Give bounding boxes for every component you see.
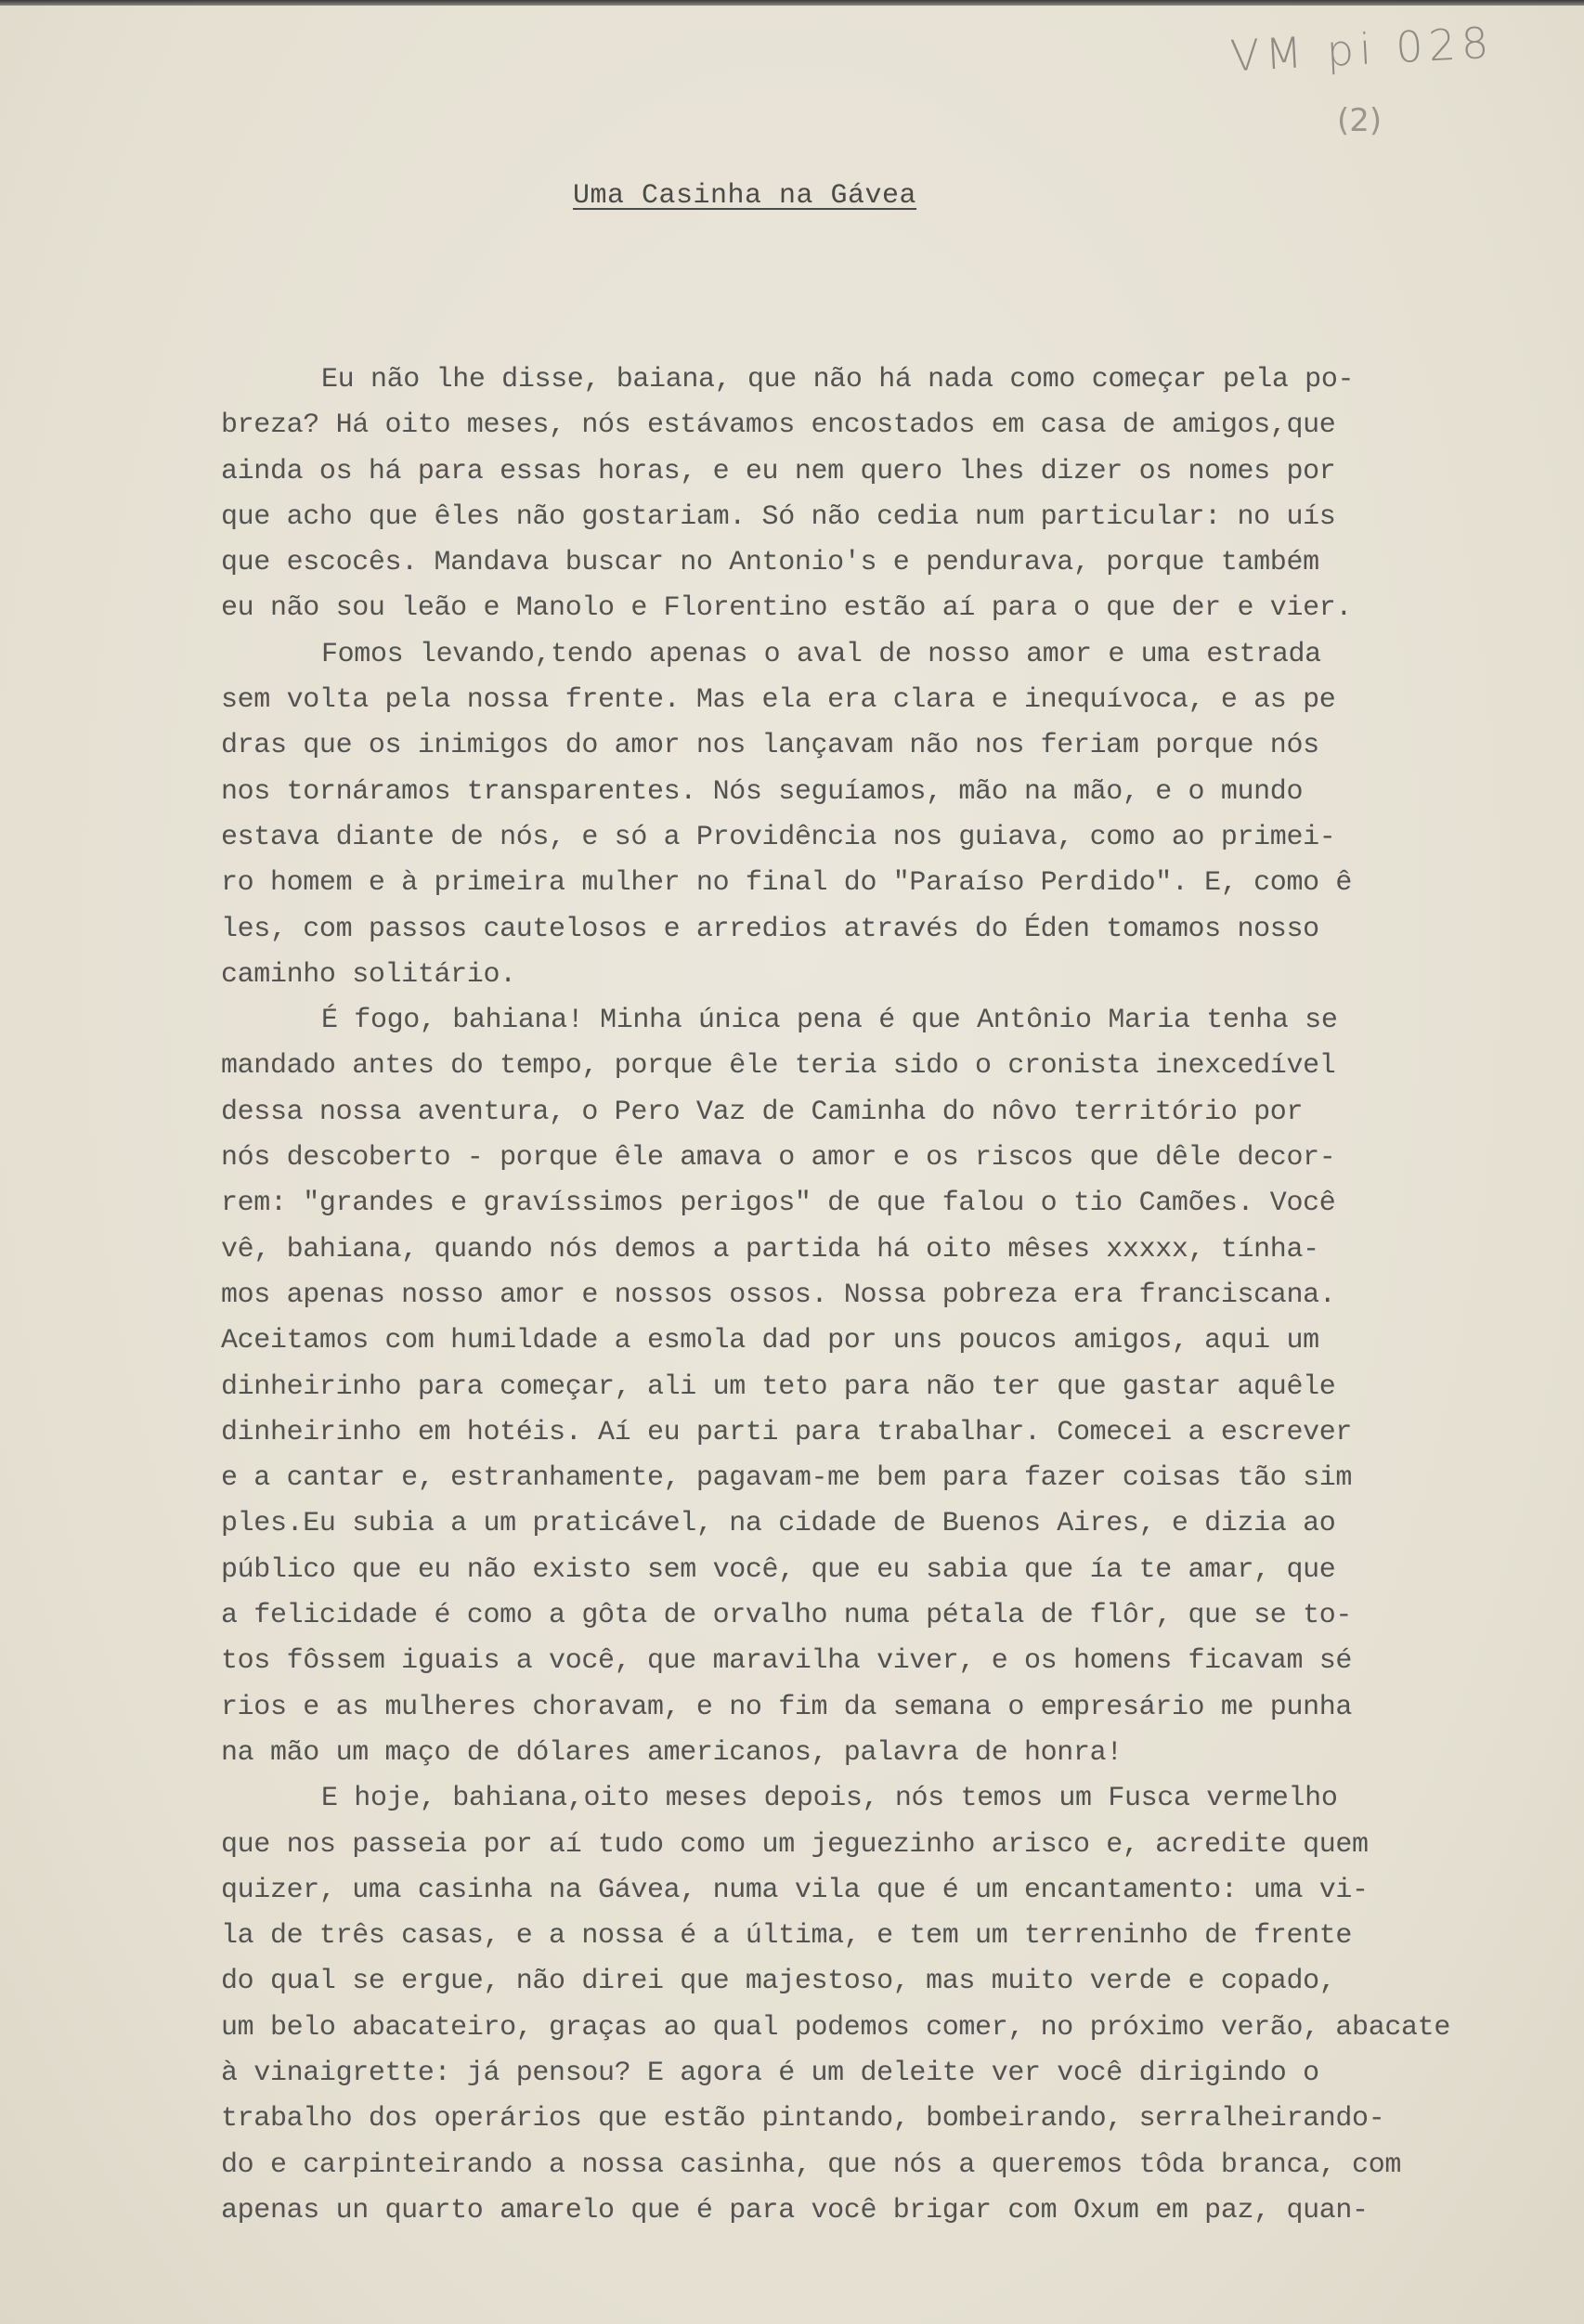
text-line: dessa nossa aventura, o Pero Vaz de Cami… bbox=[221, 1090, 1521, 1136]
text-line: E hoje, bahiana,oito meses depois, nós t… bbox=[221, 1776, 1521, 1822]
text-line: que acho que êles não gostariam. Só não … bbox=[221, 495, 1521, 540]
document-title: Uma Casinha na Gávea bbox=[573, 180, 916, 212]
text-line: Fomos levando,tendo apenas o aval de nos… bbox=[221, 632, 1521, 678]
text-line: les, com passos cautelosos e arredios at… bbox=[221, 907, 1521, 953]
text-line: ainda os há para essas horas, e eu nem q… bbox=[221, 449, 1521, 495]
text-line: sem volta pela nossa frente. Mas ela era… bbox=[221, 678, 1521, 723]
text-line: mos apenas nosso amor e nossos ossos. No… bbox=[221, 1273, 1521, 1318]
text-line: à vinaigrette: já pensou? E agora é um d… bbox=[221, 2051, 1521, 2097]
text-line: ro homem e à primeira mulher no final do… bbox=[221, 861, 1521, 906]
text-line: a felicidade é como a gôta de orvalho nu… bbox=[221, 1593, 1521, 1639]
text-line: rem: "grandes e gravíssimos perigos" de … bbox=[221, 1181, 1521, 1227]
archive-page-number: (2) bbox=[1337, 102, 1382, 139]
text-line: estava diante de nós, e só a Providência… bbox=[221, 815, 1521, 861]
text-line: um belo abacateiro, graças ao qual podem… bbox=[221, 2006, 1521, 2051]
typewritten-body: Eu não lhe disse, baiana, que não há nad… bbox=[221, 357, 1521, 2234]
text-line: que nos passeia por aí tudo como um jegu… bbox=[221, 1823, 1521, 1868]
text-line: do e carpinteirando a nossa casinha, que… bbox=[221, 2143, 1521, 2188]
text-line: Aceitamos com humildade a esmola dad por… bbox=[221, 1318, 1521, 1364]
text-line: trabalho dos operários que estão pintand… bbox=[221, 2097, 1521, 2142]
text-line: rios e as mulheres choravam, e no fim da… bbox=[221, 1685, 1521, 1731]
text-line: dinheirinho para começar, ali um teto pa… bbox=[221, 1365, 1521, 1410]
text-line: do qual se ergue, não direi que majestos… bbox=[221, 1959, 1521, 2005]
archive-handwritten-mark: VM pi 028 bbox=[1229, 21, 1495, 78]
text-line: tos fôssem iguais a você, que maravilha … bbox=[221, 1639, 1521, 1684]
text-line: É fogo, bahiana! Minha única pena é que … bbox=[221, 998, 1521, 1044]
text-line: eu não sou leão e Manolo e Florentino es… bbox=[221, 586, 1521, 631]
text-line: dras que os inimigos do amor nos lançava… bbox=[221, 723, 1521, 769]
text-line: vê, bahiana, quando nós demos a partida … bbox=[221, 1227, 1521, 1273]
text-line: nos tornáramos transparentes. Nós seguía… bbox=[221, 770, 1521, 815]
text-line: quizer, uma casinha na Gávea, numa vila … bbox=[221, 1868, 1521, 1914]
manuscript-page: VM pi 028 (2) Uma Casinha na Gávea Eu nã… bbox=[0, 0, 1584, 2324]
text-line: breza? Há oito meses, nós estávamos enco… bbox=[221, 403, 1521, 448]
text-line: e a cantar e, estranhamente, pagavam-me … bbox=[221, 1456, 1521, 1501]
text-line: ples.Eu subia a um praticável, na cidade… bbox=[221, 1501, 1521, 1547]
text-line: nós descoberto - porque êle amava o amor… bbox=[221, 1136, 1521, 1181]
text-line: dinheirinho em hotéis. Aí eu parti para … bbox=[221, 1410, 1521, 1456]
text-line: Eu não lhe disse, baiana, que não há nad… bbox=[221, 357, 1521, 403]
text-line: la de três casas, e a nossa é a última, … bbox=[221, 1914, 1521, 1959]
scan-top-edge bbox=[0, 0, 1584, 6]
text-line: mandado antes do tempo, porque êle teria… bbox=[221, 1044, 1521, 1089]
text-line: apenas un quarto amarelo que é para você… bbox=[221, 2188, 1521, 2234]
text-line: na mão um maço de dólares americanos, pa… bbox=[221, 1731, 1521, 1776]
text-line: público que eu não existo sem você, que … bbox=[221, 1548, 1521, 1593]
text-line: caminho solitário. bbox=[221, 953, 1521, 998]
text-line: que escocês. Mandava buscar no Antonio's… bbox=[221, 540, 1521, 586]
